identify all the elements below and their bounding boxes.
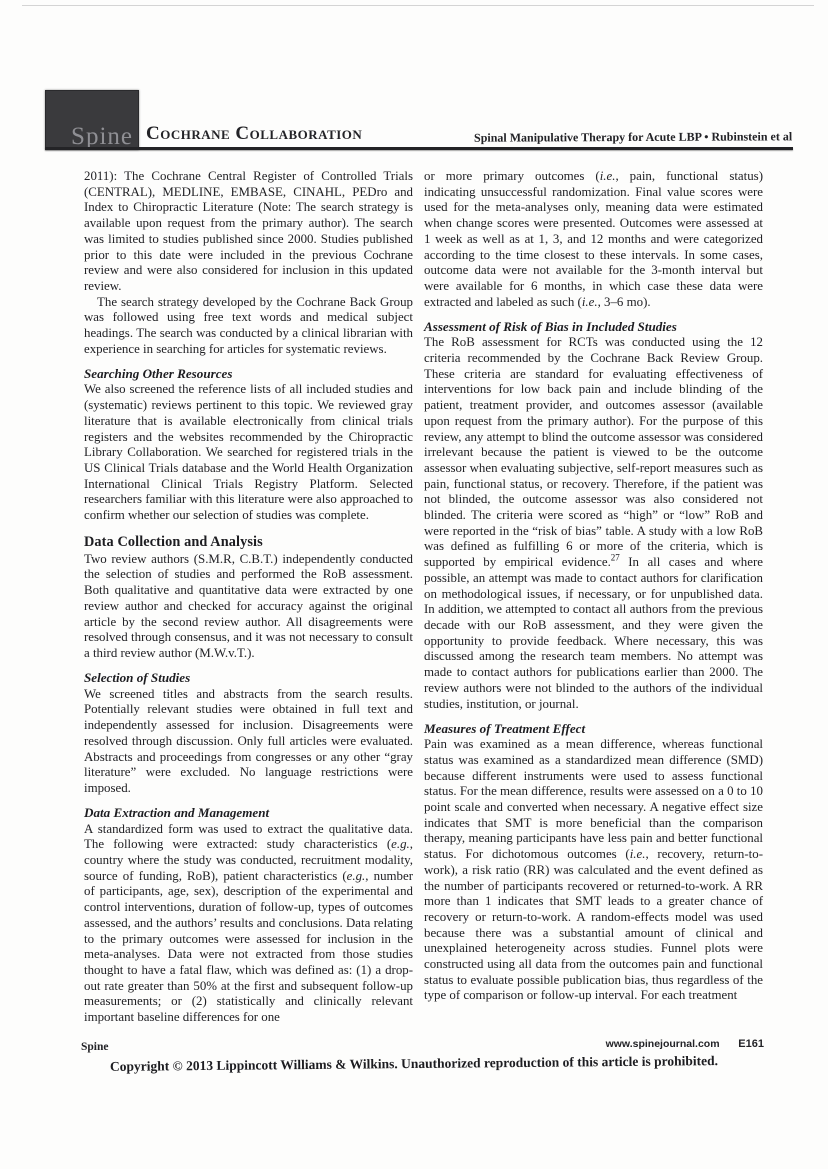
footer-page-number: E161: [738, 1038, 764, 1050]
paragraph-data-collection: Two review authors (S.M.R, C.B.T.) indep…: [84, 552, 413, 662]
heading-selection-of-studies: Selection of Studies: [84, 670, 413, 686]
paragraph-data-extraction: A standardized form was used to extract …: [84, 822, 413, 1026]
footer-website: www.spinejournal.com: [606, 1038, 720, 1050]
paragraph-search-strategy: The search strategy developed by the Coc…: [84, 295, 413, 358]
paragraph-measures-of-treatment-effect: Pain was examined as a mean difference, …: [424, 737, 763, 1004]
logo-spine-text: Spine: [71, 124, 133, 149]
left-column: 2011): The Cochrane Central Register of …: [84, 169, 413, 1026]
heading-measures-of-treatment-effect: Measures of Treatment Effect: [424, 721, 763, 737]
paragraph-other-resources: We also screened the reference lists of …: [84, 382, 413, 523]
header-rule: [45, 147, 793, 150]
spine-journal-logo: Spine: [45, 90, 139, 150]
heading-searching-other-resources: Searching Other Resources: [84, 366, 413, 382]
heading-data-collection-and-analysis: Data Collection and Analysis: [84, 534, 413, 551]
paragraph-search-databases: 2011): The Cochrane Central Register of …: [84, 169, 413, 295]
footer-right-group: www.spinejournal.com E161: [606, 1038, 764, 1050]
heading-risk-of-bias: Assessment of Risk of Bias in Included S…: [424, 319, 763, 335]
section-title-cochrane-collaboration: Cochrane Collaboration: [146, 123, 362, 145]
heading-data-extraction: Data Extraction and Management: [84, 805, 413, 821]
running-head: Spinal Manipulative Therapy for Acute LB…: [474, 129, 792, 145]
paragraph-risk-of-bias: The RoB assessment for RCTs was conducte…: [424, 335, 763, 712]
scan-artifact-line: [22, 5, 814, 6]
right-column: or more primary outcomes (i.e., pain, fu…: [424, 169, 763, 1004]
paragraph-primary-outcomes: or more primary outcomes (i.e., pain, fu…: [424, 169, 763, 310]
footer-copyright: Copyright © 2013 Lippincott Williams & W…: [40, 1052, 788, 1075]
footer-journal-name: Spine: [81, 1041, 109, 1053]
paragraph-selection-of-studies: We screened titles and abstracts from th…: [84, 687, 413, 797]
